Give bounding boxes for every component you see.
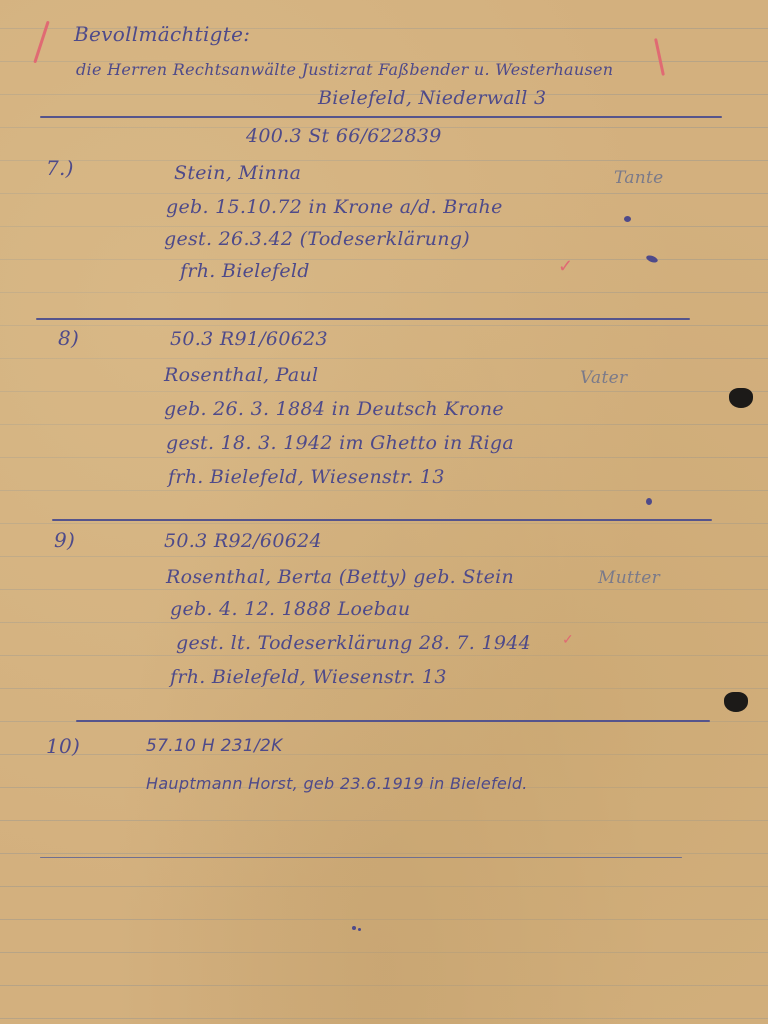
entry-file-ref: 50.3 R91/60623 (170, 328, 328, 350)
ink-dot (645, 254, 658, 264)
entry-born: geb. 15.10.72 in Krone a/d. Brahe (166, 196, 503, 218)
punch-hole (724, 692, 748, 712)
divider-entry-10 (40, 857, 682, 858)
divider-entry-8 (52, 519, 712, 521)
red-check-mark: ✓ (558, 256, 573, 277)
ink-speckle (358, 928, 361, 931)
entry-relation: Vater (580, 368, 627, 388)
entry-born: geb. 4. 12. 1888 Loebau (170, 598, 410, 620)
entry-name: Stein, Minna (174, 162, 301, 184)
entry-number: 9) (54, 528, 75, 552)
entry-file-ref: 57.10 H 231/2K (146, 736, 283, 756)
entry-died: gest. lt. Todeserklärung 28. 7. 1944 (176, 632, 531, 654)
entry-number: 7.) (46, 156, 74, 180)
entry-died: gest. 26.3.42 (Todeserklärung) (164, 228, 470, 250)
entry-former-residence: frh. Bielefeld, Wiesenstr. 13 (170, 666, 447, 688)
entry-former-residence: frh. Bielefeld (180, 260, 310, 282)
entry-relation: Mutter (598, 568, 660, 588)
divider-entry-7 (36, 318, 690, 320)
entry-name: Rosenthal, Berta (Betty) geb. Stein (166, 566, 514, 588)
entry-born: geb. 26. 3. 1884 in Deutsch Krone (164, 398, 504, 420)
ink-dot (624, 216, 631, 222)
entry-name: Rosenthal, Paul (164, 364, 318, 386)
punch-hole (729, 388, 753, 408)
red-pencil-mark-right (654, 38, 665, 76)
entry-died: gest. 18. 3. 1942 im Ghetto in Riga (166, 432, 514, 454)
entry-number: 8) (58, 326, 79, 350)
red-pencil-mark-left (33, 21, 49, 64)
divider-entry-9 (76, 720, 710, 722)
header-address: Bielefeld, Niederwall 3 (318, 87, 546, 109)
header-lawyers: die Herren Rechtsanwälte Justizrat Faßbe… (76, 60, 613, 79)
red-check-mark: ✓ (562, 632, 574, 648)
entry-relation: Tante (614, 168, 664, 188)
entry-file-ref: 50.3 R92/60624 (164, 530, 322, 552)
entry-file-ref: 400.3 St 66/622839 (246, 125, 442, 147)
divider-header (40, 116, 722, 118)
entry-description: Hauptmann Horst, geb 23.6.1919 in Bielef… (146, 774, 528, 793)
ink-speckle (352, 926, 356, 930)
entry-former-residence: frh. Bielefeld, Wiesenstr. 13 (168, 466, 445, 488)
document-page: Bevollmächtigte: die Herren Rechtsanwält… (0, 0, 768, 1024)
header-title: Bevollmächtigte: (74, 22, 250, 46)
entry-number: 10) (46, 734, 80, 758)
ink-dot (646, 498, 652, 505)
